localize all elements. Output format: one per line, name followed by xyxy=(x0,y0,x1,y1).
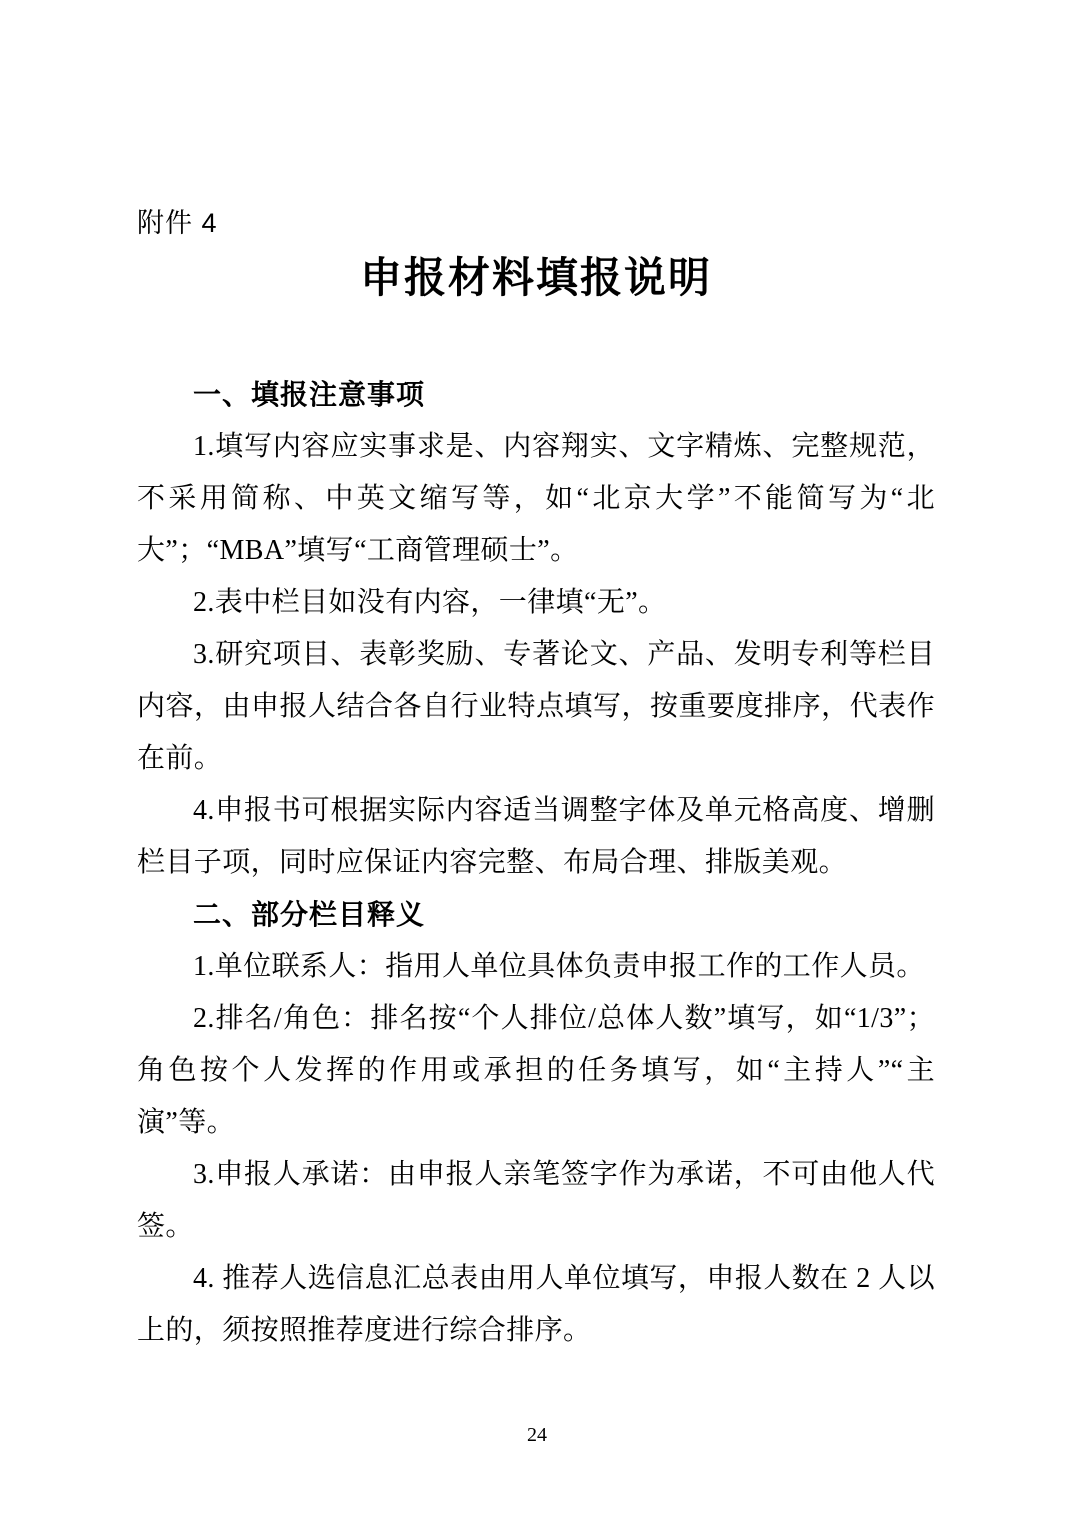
document-page: 附件 4 申报材料填报说明 一、填报注意事项 1.填写内容应实事求是、内容翔实、… xyxy=(0,0,1074,1520)
paragraph-definitions-1: 1.单位联系人：指用人单位具体负责申报工作的工作人员。 xyxy=(137,941,935,993)
paragraph-definitions-4: 4. 推荐人选信息汇总表由用人单位填写，申报人数在 2 人以上的，须按照推荐度进… xyxy=(137,1253,935,1357)
paragraph-notes-2: 2.表中栏目如没有内容，一律填“无”。 xyxy=(137,577,935,629)
section-heading-notes: 一、填报注意事项 xyxy=(137,369,935,421)
paragraph-notes-1: 1.填写内容应实事求是、内容翔实、文字精炼、完整规范，不采用简称、中英文缩写等，… xyxy=(137,421,935,577)
page-title: 申报材料填报说明 xyxy=(137,251,935,307)
paragraph-definitions-3: 3.申报人承诺：由申报人亲笔签字作为承诺，不可由他人代签。 xyxy=(137,1149,935,1253)
attachment-label: 附件 4 xyxy=(137,205,935,241)
paragraph-definitions-2: 2.排名/角色：排名按“个人排位/总体人数”填写，如“1/3”；角色按个人发挥的… xyxy=(137,993,935,1149)
page-number: 24 xyxy=(0,1422,1074,1448)
section-heading-definitions: 二、部分栏目释义 xyxy=(137,889,935,941)
paragraph-notes-3: 3.研究项目、表彰奖励、专著论文、产品、发明专利等栏目内容，由申报人结合各自行业… xyxy=(137,629,935,785)
paragraph-notes-4: 4.申报书可根据实际内容适当调整字体及单元格高度、增删栏目子项，同时应保证内容完… xyxy=(137,785,935,889)
document-content: 附件 4 申报材料填报说明 一、填报注意事项 1.填写内容应实事求是、内容翔实、… xyxy=(137,205,935,1357)
